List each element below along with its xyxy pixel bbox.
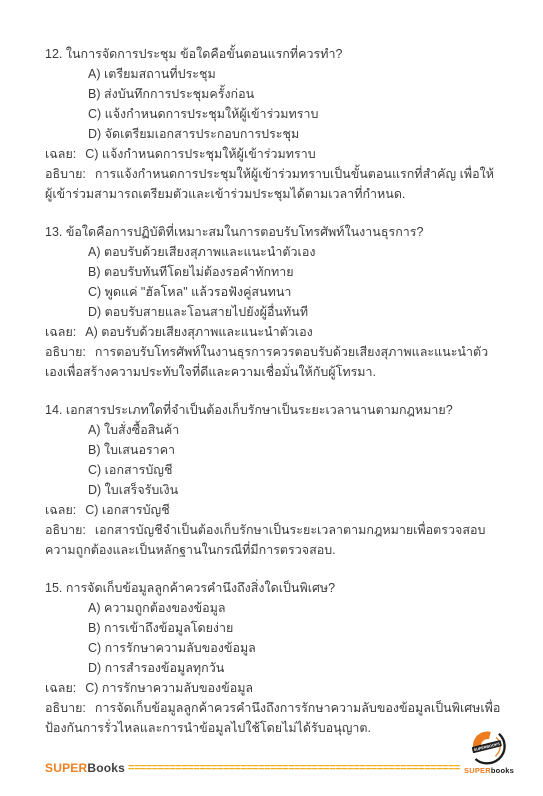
- answer-value: A) ตอบรับด้วยเสียงสุภาพและแนะนำตัวเอง: [85, 325, 312, 339]
- question-option: A) ตอบรับด้วยเสียงสุภาพและแนะนำตัวเอง: [88, 242, 501, 262]
- question-text: การจัดเก็บข้อมูลลูกค้าควรคำนึงถึงสิ่งใดเ…: [66, 581, 335, 595]
- explanation-text: การแจ้งกำหนดการประชุมให้ผู้เข้าร่วมทราบเ…: [45, 167, 494, 201]
- question-number: 14.: [45, 403, 62, 417]
- answer-line: เฉลย:A) ตอบรับด้วยเสียงสุภาพและแนะนำตัวเ…: [45, 322, 501, 342]
- question-option: A) ใบสั่งซื้อสินค้า: [88, 420, 501, 440]
- explanation-label: อธิบาย:: [45, 523, 86, 537]
- question-title: 14. เอกสารประเภทใดที่จำเป็นต้องเก็บรักษา…: [45, 400, 501, 420]
- publisher-logo: SUPERBOOKS SUPERbooks: [463, 731, 515, 775]
- question-text: ข้อใดคือการปฏิบัติที่เหมาะสมในการตอบรับโ…: [66, 225, 424, 239]
- question-block: 12. ในการจัดการประชุม ข้อใดคือขั้นตอนแรก…: [45, 44, 501, 204]
- question-number: 12.: [45, 47, 62, 61]
- answer-line: เฉลย:C) เอกสารบัญชี: [45, 500, 501, 520]
- question-option: A) ความถูกต้องของข้อมูล: [88, 598, 501, 618]
- question-options: A) ความถูกต้องของข้อมูลB) การเข้าถึงข้อม…: [45, 598, 501, 678]
- answer-value: C) การรักษาความลับของข้อมูล: [85, 681, 253, 695]
- question-block: 13. ข้อใดคือการปฏิบัติที่เหมาะสมในการตอบ…: [45, 222, 501, 382]
- question-option: B) ตอบรับทันทีโดยไม่ต้องรอคำทักทาย: [88, 262, 501, 282]
- question-block: 15. การจัดเก็บข้อมูลลูกค้าควรคำนึงถึงสิ่…: [45, 578, 501, 738]
- question-option: A) เตรียมสถานที่ประชุม: [88, 64, 501, 84]
- footer-divider-line: ========================================…: [128, 761, 460, 775]
- answer-value: C) แจ้งกำหนดการประชุมให้ผู้เข้าร่วมทราบ: [85, 147, 315, 161]
- footer-brand-super: SUPER: [45, 761, 87, 775]
- explanation-line: อธิบาย:การแจ้งกำหนดการประชุมให้ผู้เข้าร่…: [45, 164, 501, 204]
- explanation-label: อธิบาย:: [45, 701, 86, 715]
- question-text: ในการจัดการประชุม ข้อใดคือขั้นตอนแรกที่ค…: [66, 47, 343, 61]
- footer-brand-books: Books: [87, 761, 125, 775]
- question-option: D) จัดเตรียมเอกสารประกอบการประชุม: [88, 124, 501, 144]
- answer-label: เฉลย:: [45, 503, 76, 517]
- explanation-label: อธิบาย:: [45, 345, 86, 359]
- question-option: C) พูดแค่ "ฮัลโหล" แล้วรอฟังคู่สนทนา: [88, 282, 501, 302]
- question-option: D) การสำรองข้อมูลทุกวัน: [88, 658, 501, 678]
- question-option: D) ใบเสร็จรับเงิน: [88, 480, 501, 500]
- superbooks-logo-text: SUPERbooks: [464, 767, 514, 775]
- question-text: เอกสารประเภทใดที่จำเป็นต้องเก็บรักษาเป็น…: [66, 403, 453, 417]
- answer-line: เฉลย:C) การรักษาความลับของข้อมูล: [45, 678, 501, 698]
- explanation-text: เอกสารบัญชีจำเป็นต้องเก็บรักษาเป็นระยะเว…: [45, 523, 485, 557]
- answer-label: เฉลย:: [45, 147, 76, 161]
- question-option: B) การเข้าถึงข้อมูลโดยง่าย: [88, 618, 501, 638]
- superbooks-logo-icon: SUPERBOOKS: [469, 731, 509, 767]
- explanation-text: การจัดเก็บข้อมูลลูกค้าควรคำนึงถึงการรักษ…: [45, 701, 500, 735]
- question-number: 13.: [45, 225, 62, 239]
- question-option: C) เอกสารบัญชี: [88, 460, 501, 480]
- question-option: B) ใบเสนอราคา: [88, 440, 501, 460]
- explanation-line: อธิบาย:การตอบรับโทรศัพท์ในงานธุรการควรตอ…: [45, 342, 501, 382]
- footer-brand: SUPERBooks: [45, 761, 125, 775]
- question-option: D) ตอบรับสายและโอนสายไปยังผู้อื่นทันที: [88, 302, 501, 322]
- question-title: 13. ข้อใดคือการปฏิบัติที่เหมาะสมในการตอบ…: [45, 222, 501, 242]
- questions-list: 12. ในการจัดการประชุม ข้อใดคือขั้นตอนแรก…: [45, 44, 501, 738]
- question-options: A) ใบสั่งซื้อสินค้าB) ใบเสนอราคาC) เอกสา…: [45, 420, 501, 500]
- answer-label: เฉลย:: [45, 325, 76, 339]
- explanation-line: อธิบาย:เอกสารบัญชีจำเป็นต้องเก็บรักษาเป็…: [45, 520, 501, 560]
- answer-value: C) เอกสารบัญชี: [85, 503, 169, 517]
- question-title: 12. ในการจัดการประชุม ข้อใดคือขั้นตอนแรก…: [45, 44, 501, 64]
- question-option: C) การรักษาความลับของข้อมูล: [88, 638, 501, 658]
- question-options: A) เตรียมสถานที่ประชุมB) ส่งบันทึกการประ…: [45, 64, 501, 144]
- question-block: 14. เอกสารประเภทใดที่จำเป็นต้องเก็บรักษา…: [45, 400, 501, 560]
- explanation-label: อธิบาย:: [45, 167, 86, 181]
- document-page: 12. ในการจัดการประชุม ข้อใดคือขั้นตอนแรก…: [45, 44, 501, 756]
- question-option: B) ส่งบันทึกการประชุมครั้งก่อน: [88, 84, 501, 104]
- explanation-text: การตอบรับโทรศัพท์ในงานธุรการควรตอบรับด้ว…: [45, 345, 488, 379]
- answer-line: เฉลย:C) แจ้งกำหนดการประชุมให้ผู้เข้าร่วม…: [45, 144, 501, 164]
- answer-label: เฉลย:: [45, 681, 76, 695]
- question-option: C) แจ้งกำหนดการประชุมให้ผู้เข้าร่วมทราบ: [88, 104, 501, 124]
- page-footer: SUPERBooks =============================…: [45, 731, 515, 775]
- question-number: 15.: [45, 581, 62, 595]
- question-title: 15. การจัดเก็บข้อมูลลูกค้าควรคำนึงถึงสิ่…: [45, 578, 501, 598]
- question-options: A) ตอบรับด้วยเสียงสุภาพและแนะนำตัวเองB) …: [45, 242, 501, 322]
